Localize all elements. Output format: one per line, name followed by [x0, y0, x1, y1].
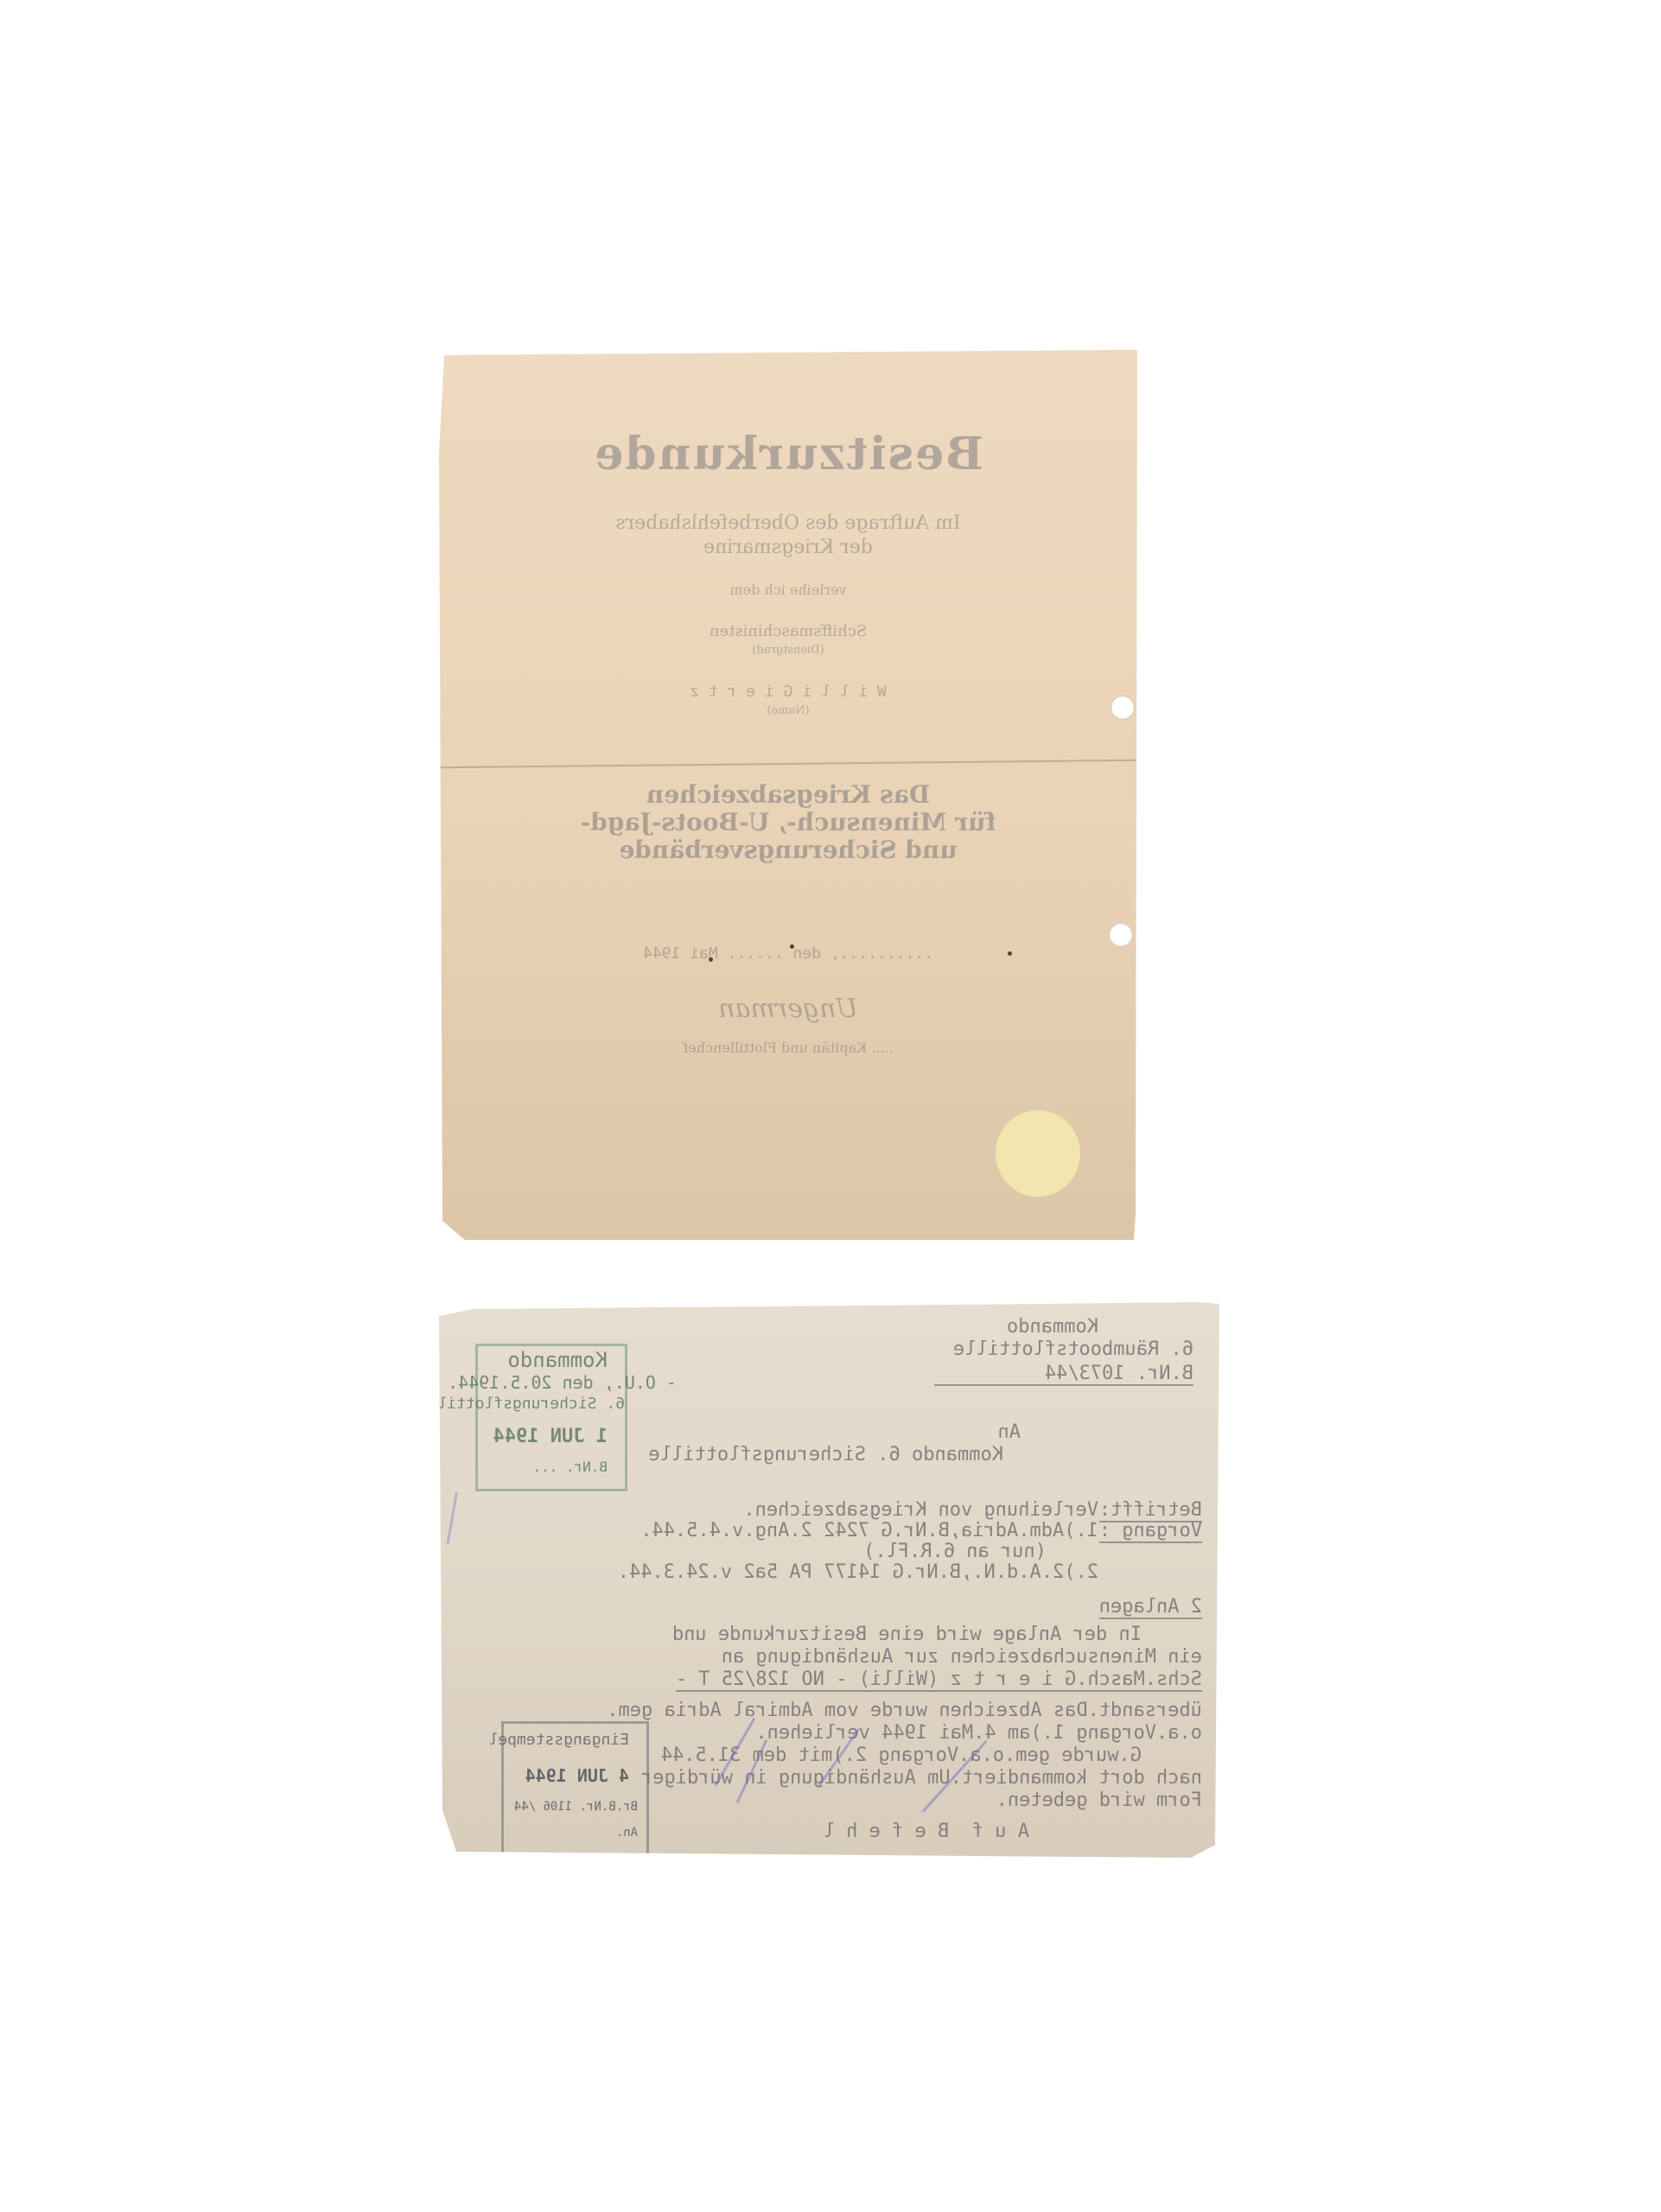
- body-line: ein Minensuchabzeichen zur Aushändigung …: [722, 1646, 1202, 1668]
- stamp-line: 6. Sicherungsflottille: [419, 1395, 625, 1413]
- stamp-header: Eingangsstempel: [488, 1731, 629, 1749]
- yellow-seal-dot: [996, 1110, 1080, 1197]
- recipient-label: An: [998, 1421, 1021, 1443]
- reference-label: Vorgang :: [1099, 1520, 1202, 1543]
- body-line: Schs.Masch.G i e r t z (Willi) - NO 128/…: [676, 1669, 1202, 1692]
- subject-label: Betrifft:: [1099, 1499, 1202, 1522]
- recipient-name: W i l l i G i e r t z: [439, 683, 1137, 701]
- certificate-document: Besitzurkunde Im Auftrage des Oberbefehl…: [439, 350, 1137, 1240]
- stamp-date: 1 JUN 1944: [493, 1426, 608, 1447]
- certificate-line: verleihe ich dem: [439, 582, 1137, 598]
- sender-line: B.Nr. 1073/44: [934, 1363, 1193, 1386]
- award-name: und Sicherungsverbände: [439, 836, 1137, 864]
- certificate-line: (Dienstgrad): [439, 644, 1137, 657]
- letter-document: Kommando 6. Räumbootsflottille B.Nr. 107…: [439, 1292, 1219, 1858]
- stamp-line: - O.U., den 20.5.1944.: [448, 1372, 677, 1393]
- date-line: .........., den ...... Mai 1944: [439, 944, 1137, 963]
- award-name: für Minensuch-, U-Boots-Jagd-: [439, 808, 1137, 836]
- recipient: Kommando 6. Sicherungsflottille: [648, 1444, 1003, 1465]
- certificate-line: Im Auftrage des Oberbefehlshabers: [439, 512, 1137, 534]
- stamp-line: B.Nr. ...: [532, 1459, 608, 1475]
- kommando-stamp: Kommando - O.U., den 20.5.1944. 6. Siche…: [475, 1344, 627, 1491]
- closing: A u f B e f e h l: [824, 1821, 1029, 1842]
- sender-line: Kommando: [1007, 1316, 1098, 1338]
- speck: [709, 957, 713, 962]
- reference: 1.)Adm.Adria,B.Nr.G 7242 2.Ang.v.4.5.44.: [640, 1520, 1098, 1541]
- body-line: In der Anlage wird eine Besitzurkunde un…: [672, 1624, 1142, 1645]
- body-line: übersandt.Das Abzeichen wurde vom Admira…: [607, 1700, 1202, 1721]
- certificate-line: der Kriegsmarine: [439, 537, 1137, 558]
- signature-title: ..... Kapitän und Flottillenchef: [439, 1039, 1137, 1056]
- stamp-header: Kommando: [507, 1348, 608, 1372]
- certificate-title: Besitzurkunde: [439, 428, 1137, 480]
- sender-line: 6. Räumbootsflottille: [953, 1338, 1193, 1360]
- mirrored-bleedthrough-text: Besitzurkunde Im Auftrage des Oberbefehl…: [439, 350, 1137, 1240]
- stamp-line: An.: [616, 1826, 638, 1840]
- punch-hole: [1109, 923, 1133, 947]
- certificate-line: (Name): [439, 704, 1137, 717]
- punch-hole: [1111, 696, 1135, 720]
- signature: Ungerman: [439, 994, 1137, 1024]
- stamp-line: Br.B.Nr. 1106 /44: [514, 1800, 638, 1814]
- speck: [790, 944, 794, 949]
- stamp-date: 4 JUN 1944: [525, 1765, 629, 1786]
- body-line: Form wird gebeten.: [996, 1789, 1202, 1811]
- reference: 2.)2.A.d.N.,B.Nr.G 14177 PA 5a2 v.24.3.4…: [618, 1561, 1098, 1583]
- certificate-line: Schiffsmaschinisten: [439, 622, 1137, 640]
- receipt-stamp: Eingangsstempel 4 JUN 1944 Br.B.Nr. 1106…: [501, 1721, 649, 1856]
- speck: [1008, 951, 1012, 956]
- attachments: 2 Anlagen: [1099, 1596, 1202, 1619]
- award-name: Das Kriegsabzeichen: [439, 780, 1137, 809]
- body-line: o.a.Vorgang 1.)am 4.Mai 1944 verliehen.: [755, 1722, 1202, 1744]
- subject: Verleihung von Kriegsabzeichen.: [743, 1499, 1098, 1521]
- reference: (nur an 6.R.Fl.): [863, 1541, 1047, 1562]
